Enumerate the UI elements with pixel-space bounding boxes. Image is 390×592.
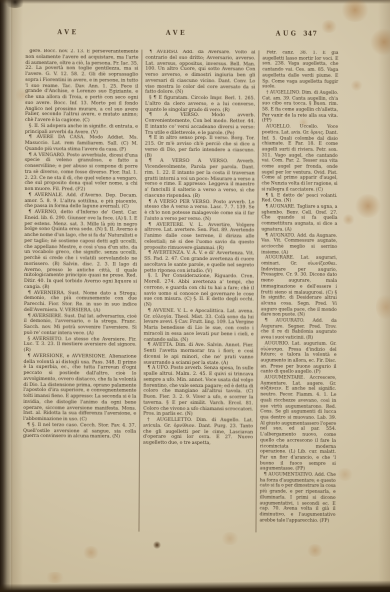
dictionary-paragraph: ¶ §. E detto de' pesci volanti. Red. Oss… <box>261 193 337 205</box>
running-head-center-label: AVE <box>166 30 187 37</box>
dictionary-paragraph: ¶ §. Il nel terzo caso. Cecch. Stor. Fav… <box>23 423 136 441</box>
dictionary-paragraph: §. I. Per Considerazione, Riguardo. Cron… <box>144 274 254 309</box>
foxing-spot <box>82 546 100 559</box>
column-rule <box>255 50 259 532</box>
running-head-right-label: AUG <box>276 30 299 37</box>
dictionary-paragraph: § AVERSIETO. Lo stesso che Aversiere. Fi… <box>24 336 137 354</box>
dictionary-paragraph: † AUGELLINO. Dim. di Augello. Cat. am. 3… <box>262 90 338 125</box>
text-column-3: Petr. canz. 38. 1. E già augelletti lass… <box>259 50 338 532</box>
dictionary-paragraph: ¶ AVERTENZA. V. A. V. e di' Avvertenza. … <box>144 251 254 275</box>
dictionary-paragraph: ¶ E in altro senso prep. Il verso. Borg.… <box>145 136 255 160</box>
foxing-spot <box>220 532 240 545</box>
book-gutter-soft-shadow <box>11 0 23 592</box>
dictionary-paragraph: ¶ AVVENE. V. L. e Apocalittica. Lat. ave… <box>144 308 254 343</box>
dictionary-paragraph: ¶ AVERTERE. V. L. Avvertire, Volgere alt… <box>144 222 254 251</box>
ink-speck <box>153 541 161 549</box>
column-rule <box>138 50 142 532</box>
dictionary-paragraph: ¶ A VENGARO. Posto avverbiale, dicesi d'… <box>25 152 138 193</box>
dictionary-paragraph: ¶ A VERSO. Modo avverb. Convenientemente… <box>145 113 255 137</box>
dictionary-paragraph: ¶ AVERNO, detto d'Inferno de' Gent. Car.… <box>24 210 137 291</box>
scanned-dictionary-page: AVE AVE AUG 347 gere. Bocc. nov. 2. 13. … <box>0 0 390 592</box>
dictionary-paragraph: ¶ AVERNALE. Add. d'Averno. Dep. Decam. a… <box>24 193 137 211</box>
dictionary-paragraph: ¶ AVERSIERE. Sust. Dal lat. adversarius,… <box>24 313 137 337</box>
dictionary-paragraph: ¶ A UFO. Posto avverb. Senza spesa, In s… <box>143 366 253 418</box>
dictionary-paragraph: † AUGELLETTO. Dim. di Augello. Lat. avic… <box>143 418 253 447</box>
dictionary-paragraph: ¶ A VERSO PER VERSO. Posto avverb. Lo st… <box>144 199 254 223</box>
page-right-shading <box>378 0 390 592</box>
dictionary-paragraph: ¶ AUGNARE. Tagliare a ugna, a sghembo. B… <box>261 204 337 233</box>
dictionary-paragraph: ¶ AVERSIONE, e AVVERSIONE. Alienazione d… <box>23 354 136 424</box>
dictionary-paragraph: Petr. canz. 38. 1. E già augelletti lass… <box>262 50 338 90</box>
foxing-spot <box>44 572 66 583</box>
dictionary-paragraph: §. II. Si adopera anche in signific. di … <box>25 124 138 136</box>
text-column-2: ¶ AVERSO. Add. da Aversare. Volto al con… <box>142 50 255 533</box>
dictionary-paragraph: § ¶ E figuratam. Circolo Impr. Berl. 1. … <box>145 96 255 114</box>
dictionary-paragraph: AUGURIO. Lat. augurium. Gr. οἰώνισμα. Pr… <box>260 341 336 376</box>
dictionary-paragraph: ¶ AVERSO. Add. da Aversare. Volto al con… <box>145 50 255 97</box>
dictionary-paragraph: ¶ A VERSO A VERSO. Avverb. Vicendevolmen… <box>144 159 254 200</box>
running-head-left: AVE <box>25 29 138 42</box>
dictionary-paragraph: AUGUMENTARE. Accrescere, Aumentare. Lat.… <box>260 375 337 472</box>
dictionary-paragraph: gere. Bocc. nov. 2. 13. E perseveranteme… <box>25 49 138 124</box>
running-head-right: AUG 347 <box>262 30 338 42</box>
dictionary-paragraph: ¶ AVETTA. Dim. di Ave. Salvin. Annot. Fi… <box>143 343 253 367</box>
dictionary-paragraph: ¶ AVERE DA CASA. Modo Addiet. Ms. Masucc… <box>25 135 138 153</box>
dictionary-paragraph: ¶ AVERNIERA. Sust. Nome dato a Strega; d… <box>24 290 137 314</box>
page-top-edge-shadow <box>0 0 390 4</box>
foxing-spot <box>306 544 324 557</box>
running-head: AVE AVE AUG 347 <box>25 29 371 43</box>
printed-content: AVE AVE AUG 347 gere. Bocc. nov. 2. 13. … <box>22 29 371 533</box>
page-bottom-edge <box>0 580 390 592</box>
running-head-center: AVE <box>145 30 255 43</box>
dictionary-paragraph: ¶ AUGNATO. Add. da Augnare. Vas. Vit. Co… <box>261 233 337 256</box>
dictionary-paragraph: AUGURARE. Lat. augurari, ominari. Gr. οἰ… <box>261 256 337 319</box>
dictionary-paragraph: ¶ AUGURATO. Add. da Augurare. Segner. Pr… <box>261 318 337 341</box>
page-number: 347 <box>303 31 317 38</box>
text-column-1: gere. Bocc. nov. 2. 13. E perseveranteme… <box>22 49 138 532</box>
dictionary-paragraph: AUGELLO. Uccello. Voce poetica. Lat. avi… <box>262 125 338 194</box>
dictionary-paragraph: ¶ AUGUMENTATIVO. Add. Che ha forza d'aug… <box>260 472 336 524</box>
running-head-left-label: AVE <box>57 29 78 36</box>
text-columns: gere. Bocc. nov. 2. 13. E perseveranteme… <box>22 49 371 533</box>
